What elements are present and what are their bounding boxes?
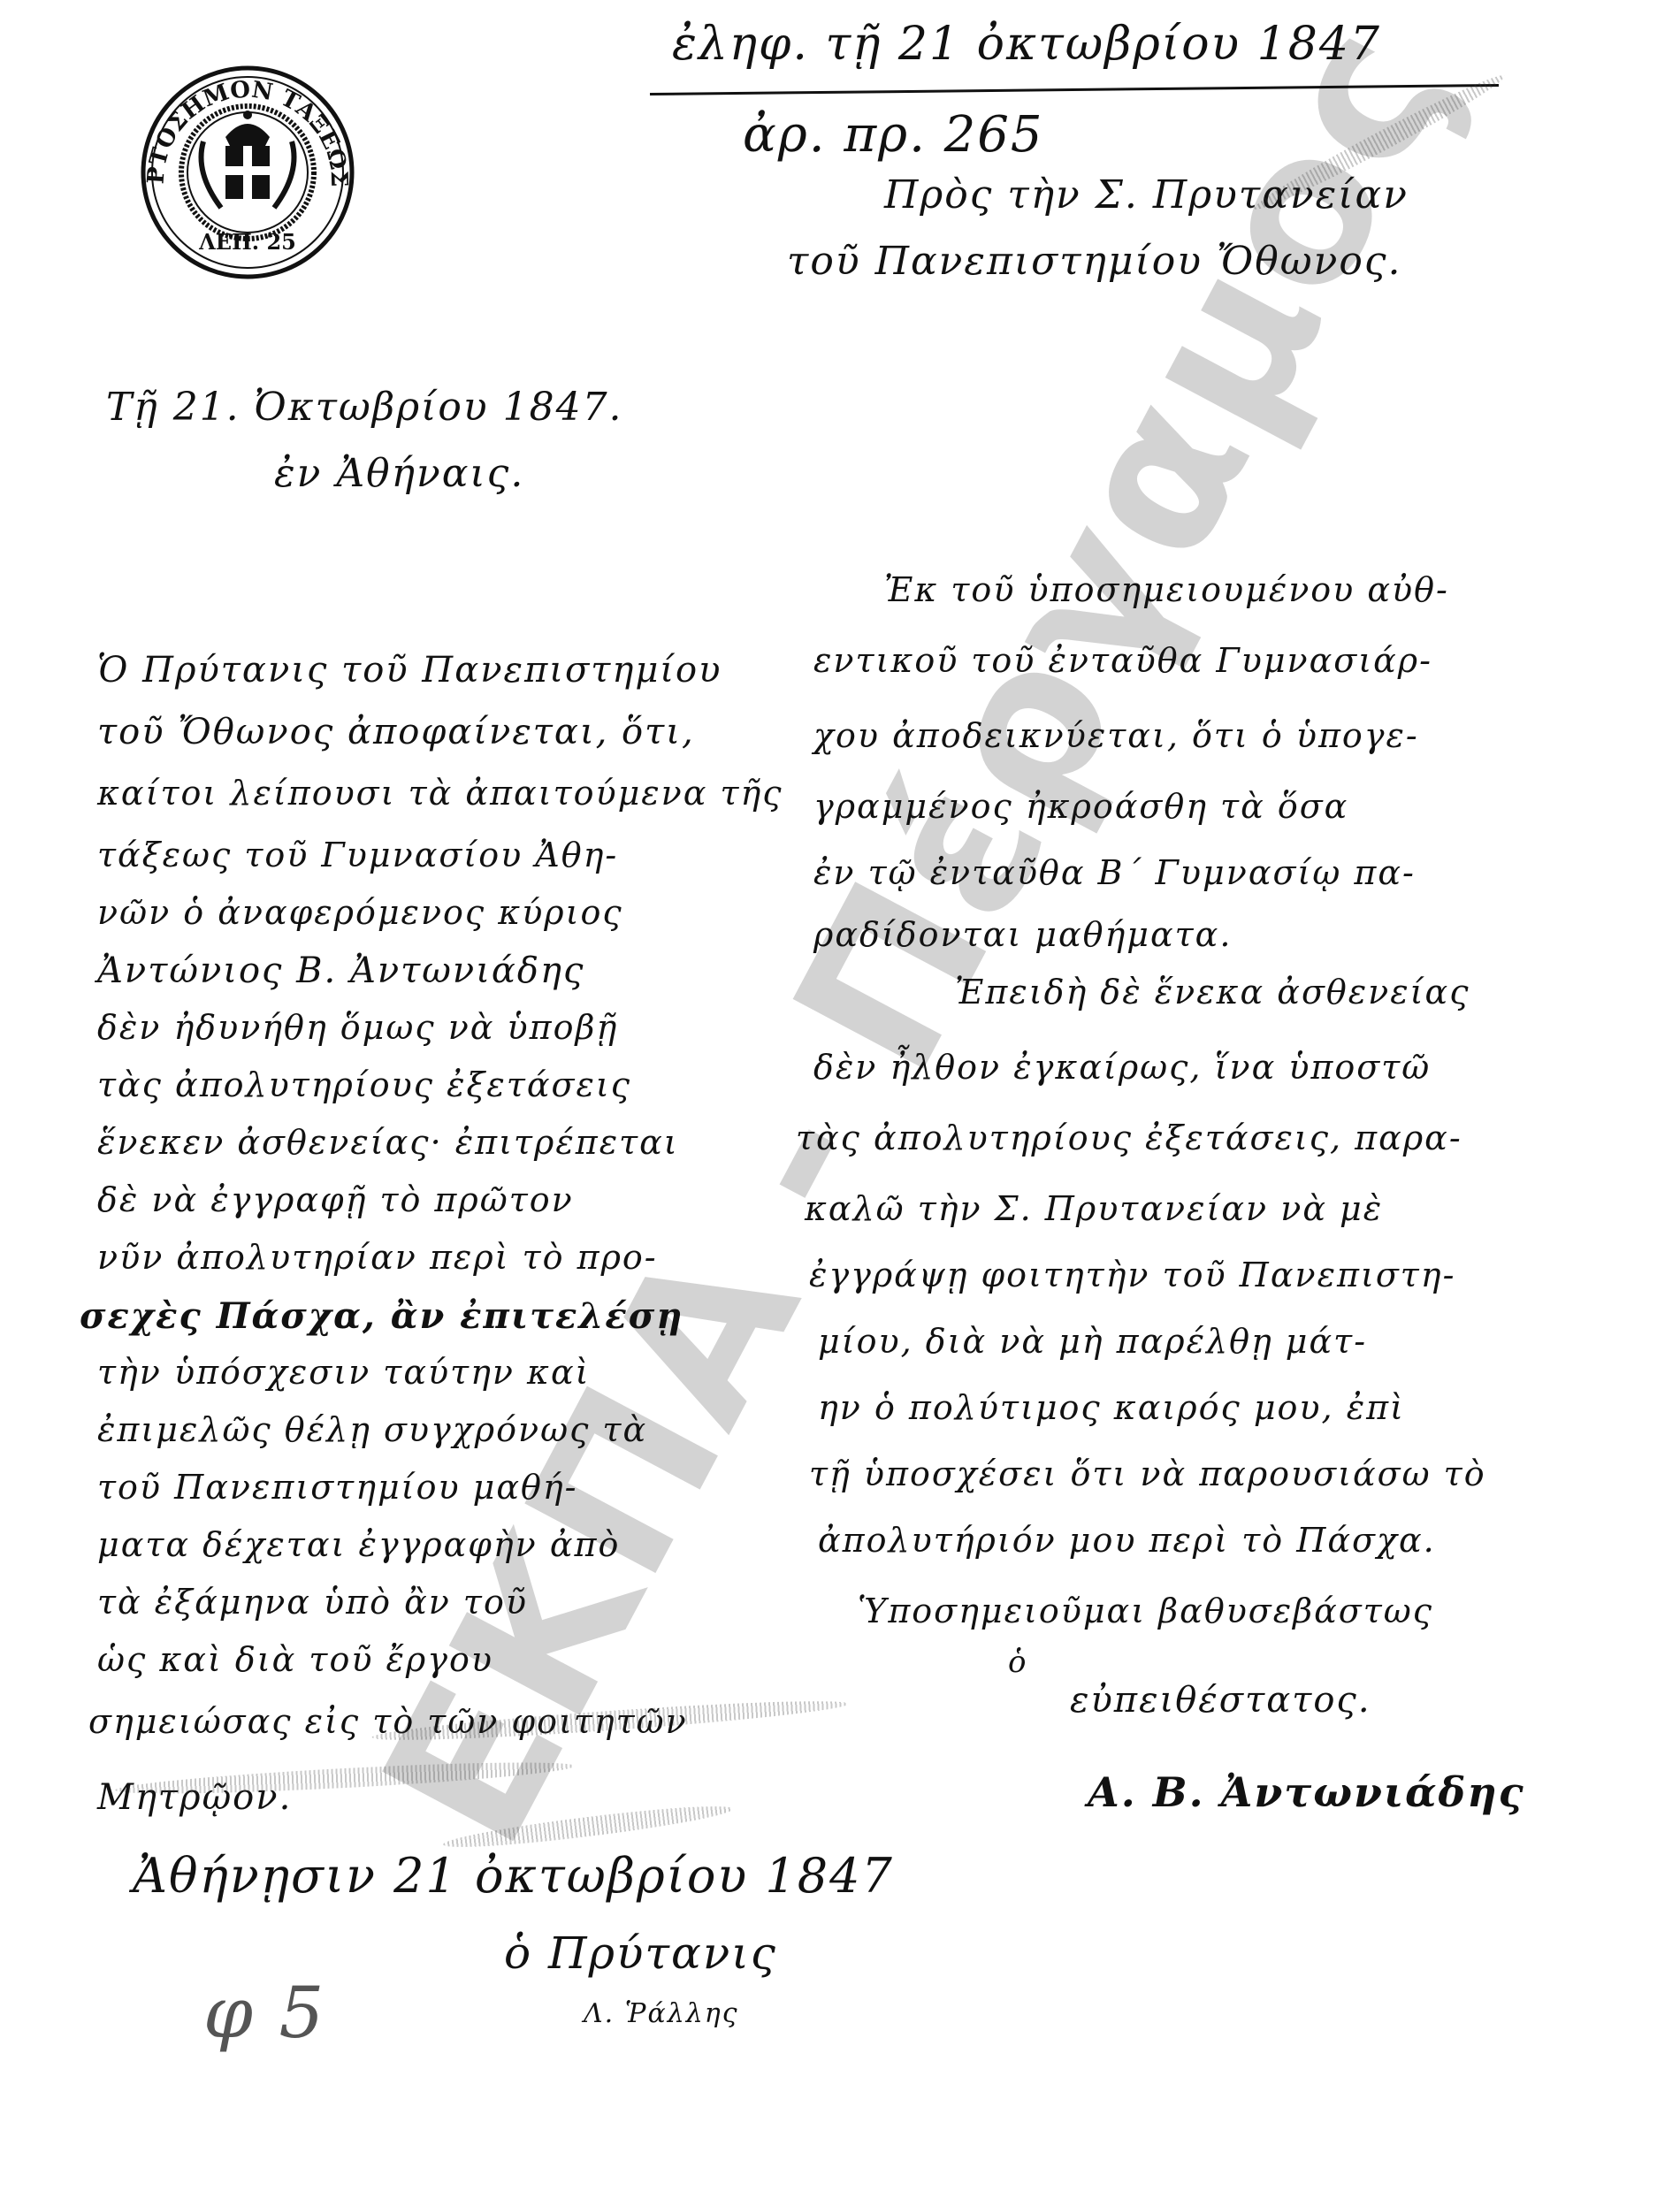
decision-line: νῦν ἀπολυτηρίαν περὶ τὸ προ-	[97, 1238, 658, 1277]
decision-line: Ἀντώνιος Β. Ἀντωνιάδης	[97, 950, 584, 991]
decision-line: καίτοι λείπουσι τὰ ἀπαιτούμενα τῆς	[97, 774, 783, 813]
petition-line: εντικοῦ τοῦ ἐνταῦθα Γυμνασιάρ-	[813, 641, 1432, 680]
place-line: ἐν Ἀθήναις.	[274, 451, 524, 496]
rector-title: ὁ Πρύτανις	[504, 1927, 777, 1979]
petition-line: ὁ	[1008, 1645, 1027, 1680]
received-note: ἐληφ. τῇ 21 ὀκτωβρίου 1847	[672, 18, 1381, 71]
decision-line: τὴν ὑπόσχεσιν ταύτην καὶ	[97, 1353, 591, 1392]
decision-line: τὰς ἀπολυτηρίους ἐξετάσεις	[97, 1065, 631, 1104]
decision-line: Ὁ Πρύτανις τοῦ Πανεπιστημίου	[97, 650, 722, 691]
decision-line: τάξεως τοῦ Γυμνασίου Ἀθη-	[97, 836, 618, 874]
petition-line: ἐν τῷ ἐνταῦθα Β΄ Γυμνασίῳ πα-	[813, 853, 1416, 892]
petition-line: ην ὁ πολύτιμος καιρός μου, ἐπὶ	[818, 1388, 1405, 1427]
decision-line: ὡς καὶ διὰ τοῦ ἔργου	[97, 1640, 493, 1679]
decision-line: τοῦ Ὄθωνος ἀποφαίνεται, ὅτι,	[97, 712, 695, 752]
decision-line: σεχὲς Πάσχα, ἂν ἐπιτελέσῃ	[80, 1295, 683, 1337]
petition-line: καλῶ τὴν Σ. Πρυτανείαν νὰ μὲ	[805, 1189, 1383, 1228]
petition-line: δὲν ἦλθον ἐγκαίρως, ἵνα ὑποστῶ	[813, 1048, 1431, 1087]
petition-line: Ἐπειδὴ δὲ ἕνεκα ἀσθενείας	[955, 973, 1470, 1011]
document-page: ΕΚΠΑ - Πέργαμος ΧΑΡΤΟΣΗΜΟΝ ΤΑΞΕΩΣ Α'	[0, 0, 1680, 2206]
petition-line: τῇ ὑποσχέσει ὅτι νὰ παρουσιάσω τὸ	[809, 1454, 1486, 1493]
petition-line: χου ἀποδεικνύεται, ὅτι ὁ ὑπογε-	[813, 716, 1419, 755]
stamp-seal-icon: ΧΑΡΤΟΣΗΜΟΝ ΤΑΞΕΩΣ Α' ΛΕΠ. 25	[137, 62, 358, 283]
petition-line: μίου, διὰ νὰ μὴ παρέλθῃ μάτ-	[818, 1322, 1367, 1361]
decision-line: ἐπιμελῶς θέλῃ συγχρόνως τὰ	[97, 1410, 647, 1449]
addressee-line-1: Πρὸς τὴν Σ. Πρυτανείαν	[884, 172, 1409, 218]
decision-line: δὲ νὰ ἐγγραφῇ τὸ πρῶτον	[97, 1180, 574, 1219]
decision-line: τοῦ Πανεπιστημίου μαθή-	[97, 1468, 577, 1507]
pencil-folio-note: φ 5	[203, 1972, 325, 2054]
petition-line: τὰς ἀπολυτηρίους ἐξετάσεις, παρα-	[796, 1118, 1462, 1157]
petition-line: γραμμένος ἠκροάσθη τὰ ὅσα	[813, 787, 1348, 826]
revenue-stamp: ΧΑΡΤΟΣΗΜΟΝ ΤΑΞΕΩΣ Α' ΛΕΠ. 25	[137, 62, 358, 283]
svg-text:ΛΕΠ. 25: ΛΕΠ. 25	[198, 229, 296, 255]
rector-signature: Λ. Ῥάλλης	[584, 1998, 739, 2029]
petition-line: ἐγγράψῃ φοιτητὴν τοῦ Πανεπιστη-	[809, 1256, 1455, 1294]
decision-line: τὰ ἐξάμηνα ὑπὸ ἂν τοῦ	[97, 1583, 528, 1622]
protocol-number: ἀρ. πρ. 265	[743, 106, 1044, 164]
petitioner-signature: Α. Β. Ἀντωνιάδης	[1088, 1768, 1525, 1816]
date-line: Τῇ 21. Ὀκτωβρίου 1847.	[106, 385, 623, 430]
petition-line: Ἐκ τοῦ ὑποσημειουμένου αὐθ-	[884, 570, 1449, 609]
decision-line: ἕνεκεν ἀσθενείας· ἐπιτρέπεται	[97, 1123, 679, 1162]
decision-date: Ἀθήνῃσιν 21 ὀκτωβρίου 1847	[133, 1848, 894, 1904]
decision-line: δὲν ἠδυνήθη ὅμως νὰ ὑποβῇ	[97, 1008, 618, 1047]
petition-closing: εὐπειθέστατος.	[1070, 1680, 1371, 1721]
petition-line: Ὑποσημειοῦμαι βαθυσεβάστως	[858, 1592, 1433, 1630]
petition-line: ραδίδονται μαθήματα.	[813, 915, 1232, 954]
decision-line: νῶν ὁ ἀναφερόμενος κύριος	[97, 893, 623, 932]
decision-line: ματα δέχεται ἐγγραφὴν ἀπὸ	[97, 1525, 620, 1564]
petition-line: ἀπολυτήριόν μου περὶ τὸ Πάσχα.	[818, 1521, 1436, 1560]
addressee-line-2: τοῦ Πανεπιστημίου Ὄθωνος.	[787, 239, 1401, 284]
